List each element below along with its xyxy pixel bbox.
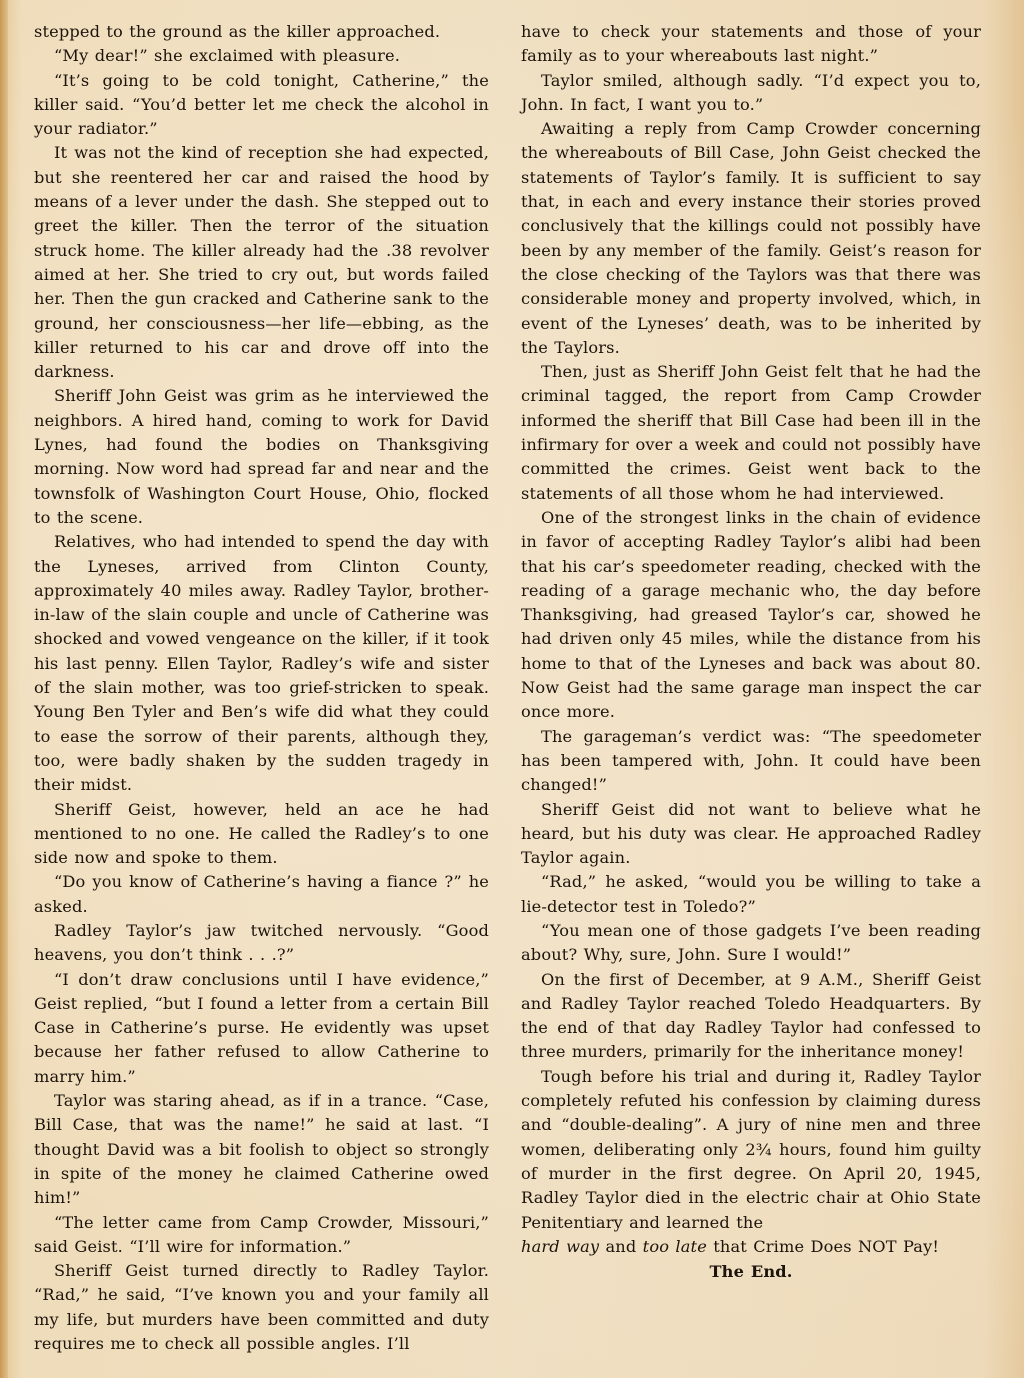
right-column: have to check your statements and those …: [521, 20, 981, 1284]
paragraph: “The letter came from Camp Crowder, Miss…: [34, 1211, 489, 1260]
paragraph: Taylor smiled, although sadly. “I’d expe…: [521, 69, 981, 118]
plain-text: and: [599, 1237, 642, 1256]
paragraph: “Do you know of Catherine’s having a fia…: [34, 870, 489, 919]
left-column: stepped to the ground as the killer appr…: [34, 20, 489, 1356]
paragraph: “I don’t draw conclusions until I have e…: [34, 968, 489, 1089]
paragraph: Sheriff Geist did not want to believe wh…: [521, 798, 981, 871]
paragraph: It was not the kind of reception she had…: [34, 141, 489, 384]
paragraph: “It’s going to be cold tonight, Catherin…: [34, 69, 489, 142]
paragraph: Radley Taylor’s jaw twitched nervously. …: [34, 919, 489, 968]
emphasis-text: too late: [643, 1237, 707, 1256]
final-line: hard way and too late that Crime Does NO…: [521, 1235, 981, 1259]
paragraph: Taylor was staring ahead, as if in a tra…: [34, 1089, 489, 1210]
page-edge: [0, 0, 8, 1378]
paragraph: Sheriff Geist, however, held an ace he h…: [34, 798, 489, 871]
emphasis-text: hard way: [521, 1237, 599, 1256]
scanned-page: stepped to the ground as the killer appr…: [0, 0, 1024, 1378]
paragraph: “Rad,” he asked, “would you be willing t…: [521, 870, 981, 919]
paragraph: “You mean one of those gadgets I’ve been…: [521, 919, 981, 968]
plain-text: that Crime Does NOT Pay!: [707, 1237, 939, 1256]
paragraph: Tough before his trial and during it, Ra…: [521, 1065, 981, 1235]
paragraph: One of the strongest links in the chain …: [521, 506, 981, 725]
paragraph: have to check your statements and those …: [521, 20, 981, 69]
paragraph: Relatives, who had intended to spend the…: [34, 530, 489, 797]
paragraph: Sheriff John Geist was grim as he interv…: [34, 384, 489, 530]
paragraph: On the first of December, at 9 A.M., She…: [521, 968, 981, 1065]
the-end-heading: The End.: [521, 1260, 981, 1284]
paragraph: Awaiting a reply from Camp Crowder conce…: [521, 117, 981, 360]
paragraph: The garageman’s verdict was: “The speedo…: [521, 725, 981, 798]
paragraph: “My dear!” she exclaimed with pleasure.: [34, 44, 489, 68]
paragraph: Then, just as Sheriff John Geist felt th…: [521, 360, 981, 506]
paragraph: Sheriff Geist turned directly to Radley …: [34, 1259, 489, 1356]
paragraph: stepped to the ground as the killer appr…: [34, 20, 489, 44]
